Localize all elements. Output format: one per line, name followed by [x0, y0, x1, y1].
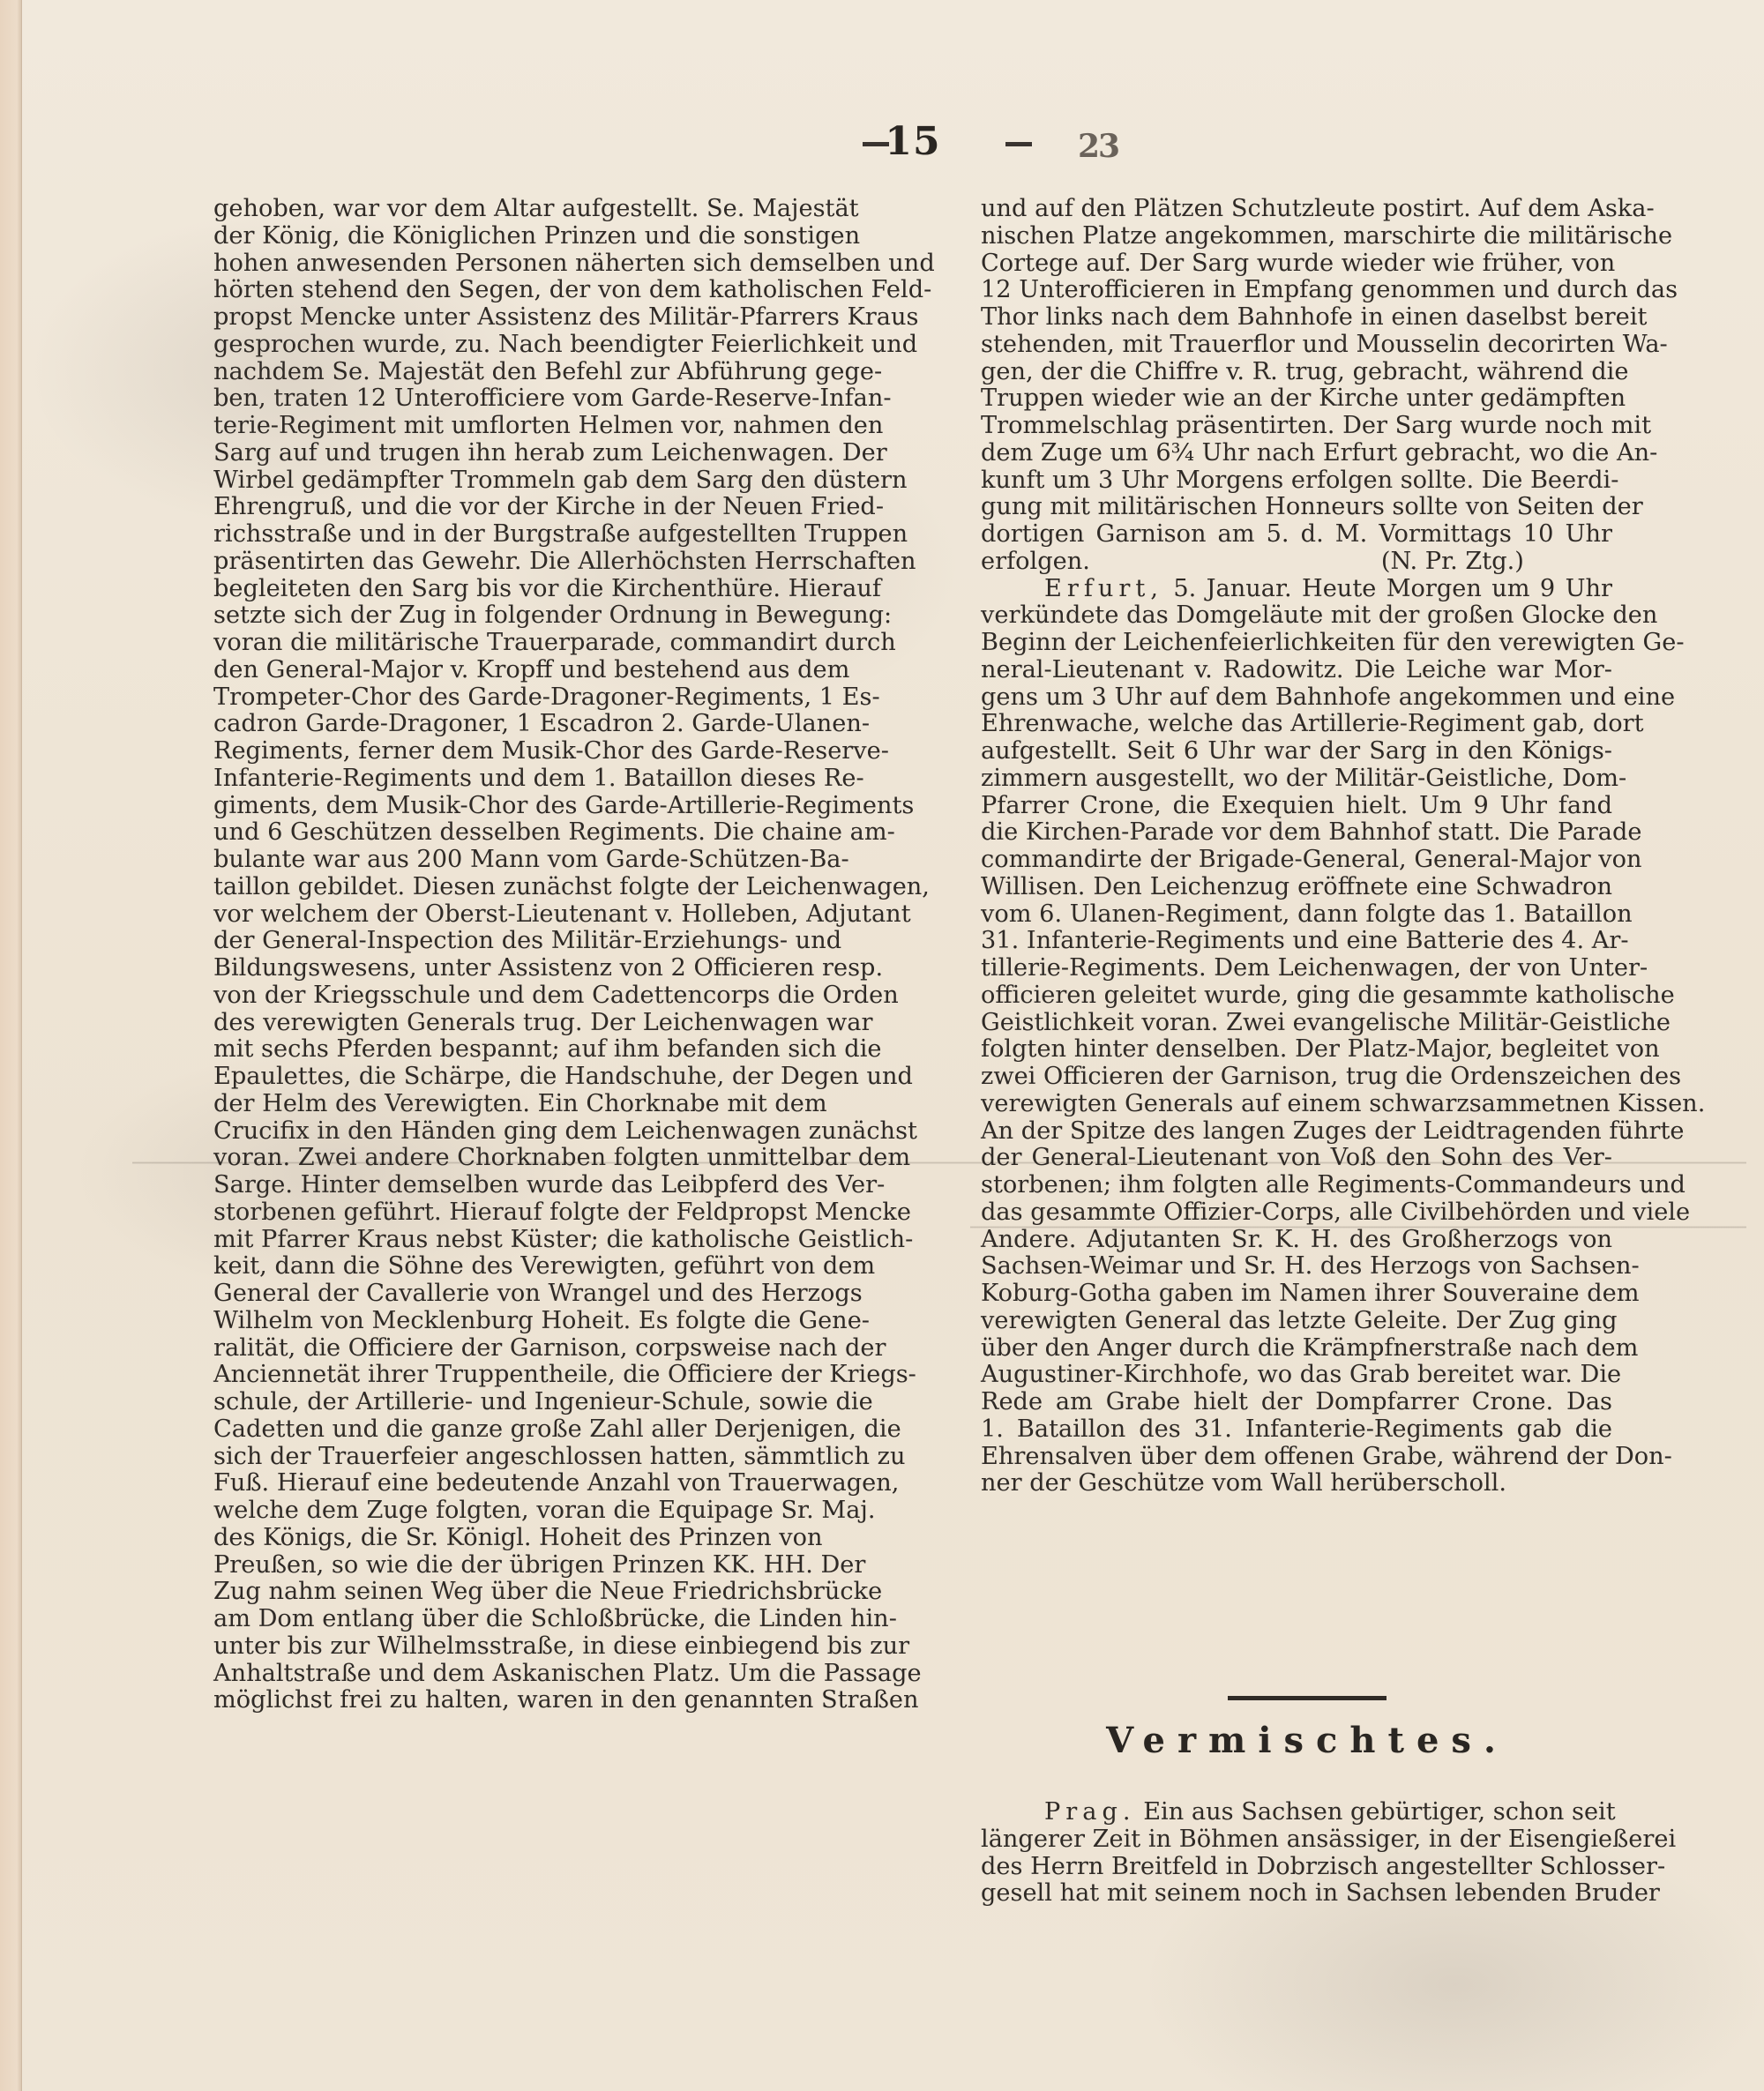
text-line: Beginn der Leichenfeierlichkeiten für de… — [981, 630, 1612, 657]
header-dash-right — [1005, 142, 1032, 146]
text-line: Trompeter-Chor des Garde-Dragoner-Regime… — [213, 684, 755, 712]
text-line: Cadetten und die ganze große Zahl aller … — [213, 1416, 755, 1444]
text-line: voran die militärische Trauerparade, com… — [213, 630, 755, 657]
text-line: officieren geleitet wurde, ging die gesa… — [981, 982, 1612, 1010]
text-line: An der Spitze des langen Zuges der Leidt… — [981, 1118, 1612, 1146]
text-line: cadron Garde-Dragoner, 1 Escadron 2. Gar… — [213, 711, 755, 738]
text-line: kunft um 3 Uhr Morgens erfolgen sollte. … — [981, 467, 1612, 495]
text-line: zimmern ausgestellt, wo der Militär-Geis… — [981, 765, 1612, 793]
page-number: 15 — [885, 119, 940, 164]
text-line: giments, dem Musik-Chor des Garde-Artill… — [213, 793, 755, 820]
text-line: Anciennetät ihrer Truppentheile, die Off… — [213, 1362, 755, 1389]
text-line: Thor links nach dem Bahnhofe in einen da… — [981, 304, 1612, 332]
text-line: Preußen, so wie die der übrigen Prinzen … — [213, 1552, 755, 1579]
text-line: gesell hat mit seinem noch in Sachsen le… — [981, 1880, 1612, 1908]
text-line: des verewigten Generals trug. Der Leiche… — [213, 1010, 755, 1037]
text-line: Koburg-Gotha gaben im Namen ihrer Souver… — [981, 1281, 1612, 1308]
closing-line: erfolgen.(N. Pr. Ztg.) — [981, 549, 1612, 576]
text-line: Augustiner-Kirchhofe, wo das Grab bereit… — [981, 1362, 1612, 1389]
text-line: setzte sich der Zug in folgender Ordnung… — [213, 602, 755, 630]
text-line: Trommelschlag präsentirten. Der Sarg wur… — [981, 413, 1612, 440]
text-line: Cortege auf. Der Sarg wurde wieder wie f… — [981, 250, 1612, 278]
text-line: Sarge. Hinter demselben wurde das Leibpf… — [213, 1172, 755, 1199]
text-line: commandirte der Brigade-General, General… — [981, 847, 1612, 874]
text-line: gen, der die Chiffre v. R. trug, gebrach… — [981, 359, 1612, 386]
text-line: schule, der Artillerie- und Ingenieur-Sc… — [213, 1389, 755, 1416]
text-line: dem Zuge um 6¾ Uhr nach Erfurt gebracht,… — [981, 440, 1612, 467]
text-line: aufgestellt. Seit 6 Uhr war der Sarg in … — [981, 738, 1612, 765]
text-line: Geistlichkeit voran. Zwei evangelische M… — [981, 1010, 1612, 1037]
text-line: Sarg auf und trugen ihn herab zum Leiche… — [213, 440, 755, 467]
text-line: welche dem Zuge folgten, voran die Equip… — [213, 1497, 755, 1525]
text-line: Ehrenwache, welche das Artillerie-Regime… — [981, 711, 1612, 738]
text-line: am Dom entlang über die Schloßbrücke, di… — [213, 1606, 755, 1633]
text-line: der König, die Königlichen Prinzen und d… — [213, 223, 755, 250]
section-title: Vermischtes. — [1106, 1720, 1508, 1761]
text-line: und 6 Geschützen desselben Regiments. Di… — [213, 819, 755, 847]
text-line: von der Kriegsschule und dem Cadettencor… — [213, 982, 755, 1010]
text-line: sich der Trauerfeier angeschlossen hatte… — [213, 1444, 755, 1471]
text-line: längerer Zeit in Böhmen ansässiger, in d… — [981, 1826, 1612, 1854]
text-line: mit sechs Pferden bespannt; auf ihm befa… — [213, 1036, 755, 1064]
text-line: Pfarrer Crone, die Exequien hielt. Um 9 … — [981, 793, 1612, 820]
text-line: Wilhelm von Mecklenburg Hoheit. Es folgt… — [213, 1308, 755, 1335]
text-line: begleiteten den Sarg bis vor die Kirchen… — [213, 576, 755, 603]
page-header: 15 23 — [0, 119, 1764, 172]
text-line: Truppen wieder wie an der Kirche unter g… — [981, 385, 1612, 413]
dateline-prag: Prag. — [1044, 1798, 1136, 1826]
text-line: gehoben, war vor dem Altar aufgestellt. … — [213, 196, 755, 223]
text-line: terie-Regiment mit umflorten Helmen vor,… — [213, 413, 755, 440]
text-line: storbenen geführt. Hierauf folgte der Fe… — [213, 1199, 755, 1227]
text-line: Sachsen-Weimar und Sr. H. des Herzogs vo… — [981, 1253, 1612, 1281]
text-line: ralität, die Officiere der Garnison, cor… — [213, 1335, 755, 1363]
text-line: taillon gebildet. Diesen zunächst folgte… — [213, 874, 755, 901]
text-line: der General-Lieutenant von Voß den Sohn … — [981, 1145, 1612, 1172]
text-line: 31. Infanterie-Regiments und eine Batter… — [981, 928, 1612, 955]
dateline-line: Erfurt, 5. Januar. Heute Morgen um 9 Uhr — [981, 576, 1612, 603]
text-line: gesprochen wurde, zu. Nach beendigter Fe… — [213, 332, 755, 359]
text-line: richsstraße und in der Burgstraße aufges… — [213, 521, 755, 549]
text-line: des Königs, die Sr. Königl. Hoheit des P… — [213, 1525, 755, 1552]
text-line: gens um 3 Uhr auf dem Bahnhofe angekomme… — [981, 684, 1612, 712]
text-line: folgten hinter denselben. Der Platz-Majo… — [981, 1036, 1612, 1064]
text-line: propst Mencke unter Assistenz des Militä… — [213, 304, 755, 332]
text-line: dortigen Garnison am 5. d. M. Vormittags… — [981, 521, 1612, 549]
binding-edge — [0, 0, 22, 2091]
left-column: gehoben, war vor dem Altar aufgestellt. … — [213, 196, 755, 1714]
text-line: nachdem Se. Majestät den Befehl zur Abfü… — [213, 359, 755, 386]
text-line: Willisen. Den Leichenzug eröffnete eine … — [981, 874, 1612, 901]
text-line: zwei Officieren der Garnison, trug die O… — [981, 1064, 1612, 1091]
text-line: verkündete das Domgeläute mit der großen… — [981, 602, 1612, 630]
text-line: Wirbel gedämpfter Trommeln gab dem Sarg … — [213, 467, 755, 495]
dateline-erfurt: Erfurt, — [1044, 575, 1163, 602]
text-line: keit, dann die Söhne des Verewigten, gef… — [213, 1253, 755, 1281]
text-line: und auf den Plätzen Schutzleute postirt.… — [981, 196, 1612, 223]
section-divider — [1228, 1696, 1387, 1700]
text-line: Andere. Adjutanten Sr. K. H. des Großher… — [981, 1227, 1612, 1254]
text-line: Infanterie-Regiments und dem 1. Bataillo… — [213, 765, 755, 793]
text-line: nischen Platze angekommen, marschirte di… — [981, 223, 1612, 250]
text-line: Fuß. Hierauf eine bedeutende Anzahl von … — [213, 1470, 755, 1497]
text-line: den General-Major v. Kropff und bestehen… — [213, 657, 755, 684]
text-line: der General-Inspection des Militär-Erzie… — [213, 928, 755, 955]
text-line: vor welchem der Oberst-Lieutenant v. Hol… — [213, 901, 755, 929]
text-line: die Kirchen-Parade vor dem Bahnhof statt… — [981, 819, 1612, 847]
text-line: Zug nahm seinen Weg über die Neue Friedr… — [213, 1579, 755, 1606]
text-line: stehenden, mit Trauerflor und Mousselin … — [981, 332, 1612, 359]
text-line: Rede am Grabe hielt der Dompfarrer Crone… — [981, 1389, 1612, 1416]
text-line: 12 Unterofficieren in Empfang genommen u… — [981, 277, 1612, 304]
text-line: des Herrn Breitfeld in Dobrzisch angeste… — [981, 1854, 1612, 1881]
dateline-text: 5. Januar. Heute Morgen um 9 Uhr — [1173, 575, 1612, 602]
dateline-line: Prag. Ein aus Sachsen gebürtiger, schon … — [981, 1799, 1612, 1826]
text-line: das gesammte Offizier-Corps, alle Civilb… — [981, 1199, 1612, 1227]
text-line: tillerie-Regiments. Dem Leichenwagen, de… — [981, 955, 1612, 982]
text-line: ner der Geschütze vom Wall herüberscholl… — [981, 1470, 1612, 1497]
text-line: Ehrensalven über dem offenen Grabe, währ… — [981, 1444, 1612, 1471]
text-line: Anhaltstraße und dem Askanischen Platz. … — [213, 1661, 755, 1688]
text-line: Epaulettes, die Schärpe, die Handschuhe,… — [213, 1064, 755, 1091]
text-line: voran. Zwei andere Chorknaben folgten un… — [213, 1145, 755, 1172]
text-line: hohen anwesenden Personen näherten sich … — [213, 250, 755, 278]
text-line: Bildungswesens, unter Assistenz von 2 Of… — [213, 955, 755, 982]
text-line: hörten stehend den Segen, der von dem ka… — [213, 277, 755, 304]
text-line: Crucifix in den Händen ging dem Leichenw… — [213, 1118, 755, 1146]
text-line: verewigten General das letzte Geleite. D… — [981, 1308, 1612, 1335]
text-line: Regiments, ferner dem Musik-Chor des Gar… — [213, 738, 755, 765]
corner-stamp: 23 — [1078, 128, 1118, 165]
text-line: vom 6. Ulanen-Regiment, dann folgte das … — [981, 901, 1612, 929]
text-line: bulante war aus 200 Mann vom Garde-Schüt… — [213, 847, 755, 874]
text-line: unter bis zur Wilhelmsstraße, in diese e… — [213, 1633, 755, 1661]
text-line: gung mit militärischen Honneurs sollte v… — [981, 494, 1612, 521]
text-line: Ehrengruß, und die vor der Kirche in der… — [213, 494, 755, 521]
text-line: ben, traten 12 Unterofficiere vom Garde-… — [213, 385, 755, 413]
source-attribution: (N. Pr. Ztg.) — [1381, 548, 1524, 575]
right-column: und auf den Plätzen Schutzleute postirt.… — [981, 196, 1612, 1497]
text-line: storbenen; ihm folgten alle Regiments-Co… — [981, 1172, 1612, 1199]
text-line: mit Pfarrer Kraus nebst Küster; die kath… — [213, 1227, 755, 1254]
section-body: Prag. Ein aus Sachsen gebürtiger, schon … — [981, 1799, 1612, 1908]
text-line: verewigten Generals auf einem schwarzsam… — [981, 1091, 1612, 1118]
text-line: über den Anger durch die Krämpfnerstraße… — [981, 1335, 1612, 1363]
text-line: präsentirten das Gewehr. Die Allerhöchst… — [213, 549, 755, 576]
text-line: 1. Bataillon des 31. Infanterie-Regiment… — [981, 1416, 1612, 1444]
text-line: möglichst frei zu halten, waren in den g… — [213, 1687, 755, 1714]
dateline-text: Ein aus Sachsen gebürtiger, schon seit — [1143, 1798, 1615, 1826]
text-line: General der Cavallerie von Wrangel und d… — [213, 1281, 755, 1308]
text-line: der Helm des Verewigten. Ein Chorknabe m… — [213, 1091, 755, 1118]
closing-word: erfolgen. — [981, 548, 1090, 575]
text-line: neral-Lieutenant v. Radowitz. Die Leiche… — [981, 657, 1612, 684]
